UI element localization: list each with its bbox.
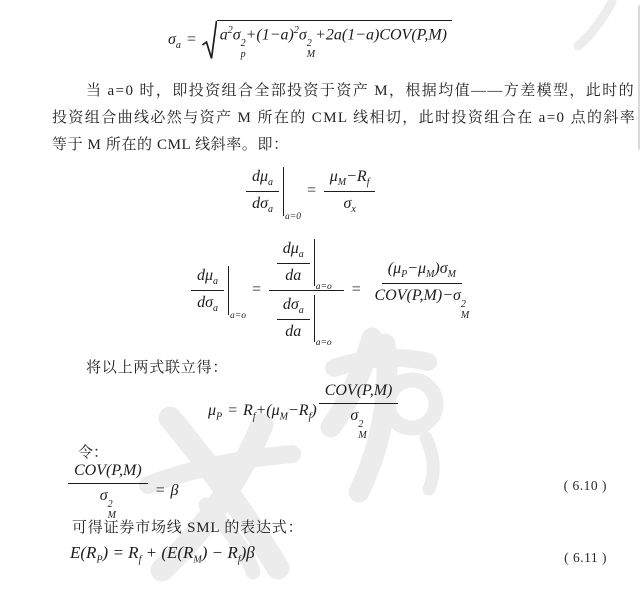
evaluated-derivative: dσadaa=o [275,295,332,342]
evaluation-point: a=o [230,311,246,321]
fraction: dσada [277,295,310,342]
math-token: +2a(1−a)COV(P,M) [315,26,447,43]
paragraph-line: 投资组合曲线必然与资产 M 所在的 CML 线相切，此时投资组合在 a=0 点的… [52,105,636,132]
math-token: ) = R [103,543,139,562]
radicand: a2σ2p+(1−a)2σ2M+2a(1−a)COV(P,M) [217,20,452,60]
text-combine: 将以上两式联立得： [86,356,228,377]
math-token: )β [241,543,255,562]
evaluation-point: a=o [316,338,332,348]
document-page: σa=a2σ2p+(1−a)2σ2M+2a(1−a)COV(P,M) 当 a=0… [0,0,643,592]
evaluation-bar [314,295,315,342]
math-token: M [280,411,288,422]
evaluated-derivative: dμadaa=o [275,239,332,286]
equation-variance: σa=a2σ2p+(1−a)2σ2M+2a(1−a)COV(P,M) [168,20,452,60]
math-token: +(1−a) [246,26,294,43]
page-edge-artifact [638,5,640,150]
fraction: dμadσa [191,266,224,315]
equation-beta-definition: COV(P,M)σ2M=β [68,461,178,522]
evaluation-bar [283,167,284,216]
math-token: a [176,40,181,51]
paragraph-line: 当 a=0 时，即投资组合全部投资于资产 M，根据均值——方差模型，此时的 [52,78,636,105]
evaluation-bar [314,239,315,286]
body-paragraph: 当 a=0 时，即投资组合全部投资于资产 M，根据均值——方差模型，此时的 投资… [52,78,636,159]
fraction: COV(P,M)σ2M [68,461,148,522]
text-sml-intro: 可得证券市场线 SML 的表达式： [72,516,303,537]
fraction: dμadσa [246,167,279,216]
math-token: = [227,402,238,419]
fraction: COV(P,M)σ2M [319,381,399,442]
equation-sml: E(RP) = Rf + (E(RM) − Rf)β [70,543,255,565]
math-token: = [306,182,317,199]
math-token: M [193,554,201,565]
outer-fraction: dμadaa=odσadaa=o [269,237,344,344]
math-token: 2M [307,39,315,60]
equation-mu-p: μP=Rf+(μM−Rf)COV(P,M)σ2M [208,381,400,442]
math-token: = [155,482,166,499]
evaluated-derivative: dμadσaa=0 [244,167,301,216]
math-token: = [186,31,197,48]
paragraph-line: 等于 M 所在的 CML 线斜率。即： [52,132,636,159]
text-let: 令： [78,441,108,462]
math-token: = [251,281,262,298]
math-token: μ [208,402,216,419]
math-token: + (E(R [141,543,193,562]
math-token: σ [299,26,307,43]
math-token: E(R [70,543,96,562]
math-token: P [216,411,222,422]
math-token: 2M [358,420,366,441]
math-token: R [243,402,253,419]
math-token: ) [311,402,316,419]
equation-chain-rule: dμadσaa=o=dμadaa=odσadaa=o=(μP−μM)σMCOV(… [189,237,477,344]
math-token: 2M [461,300,469,321]
math-token: β [171,482,179,499]
equation-number-6-10: ( 6.10 ) [564,478,607,494]
fraction: μM−Rfσx [324,167,376,216]
radical-sign [202,20,217,60]
sqrt-expression: a2σ2p+(1−a)2σ2M+2a(1−a)COV(P,M) [202,20,452,60]
evaluation-bar [228,266,229,315]
math-token: σ [233,26,241,43]
page-content: σa=a2σ2p+(1−a)2σ2M+2a(1−a)COV(P,M) 当 a=0… [0,0,643,592]
math-token: +(μ [256,402,280,419]
fraction: dμada [277,239,310,286]
math-token: σ [168,31,176,48]
math-token: −R [288,402,309,419]
fraction: (μP−μM)σMCOV(P,M)−σ2M [369,259,476,322]
evaluation-point: a=0 [285,212,301,222]
evaluation-point: a=o [316,282,332,292]
equation-number-6-11: ( 6.11 ) [564,550,607,566]
math-token: ) − R [202,543,238,562]
math-token: a [220,26,228,43]
math-token: = [351,281,362,298]
equation-slope-cml: dμadσaa=0=μM−Rfσx [244,167,377,216]
evaluated-derivative: dμadσaa=o [189,266,246,315]
